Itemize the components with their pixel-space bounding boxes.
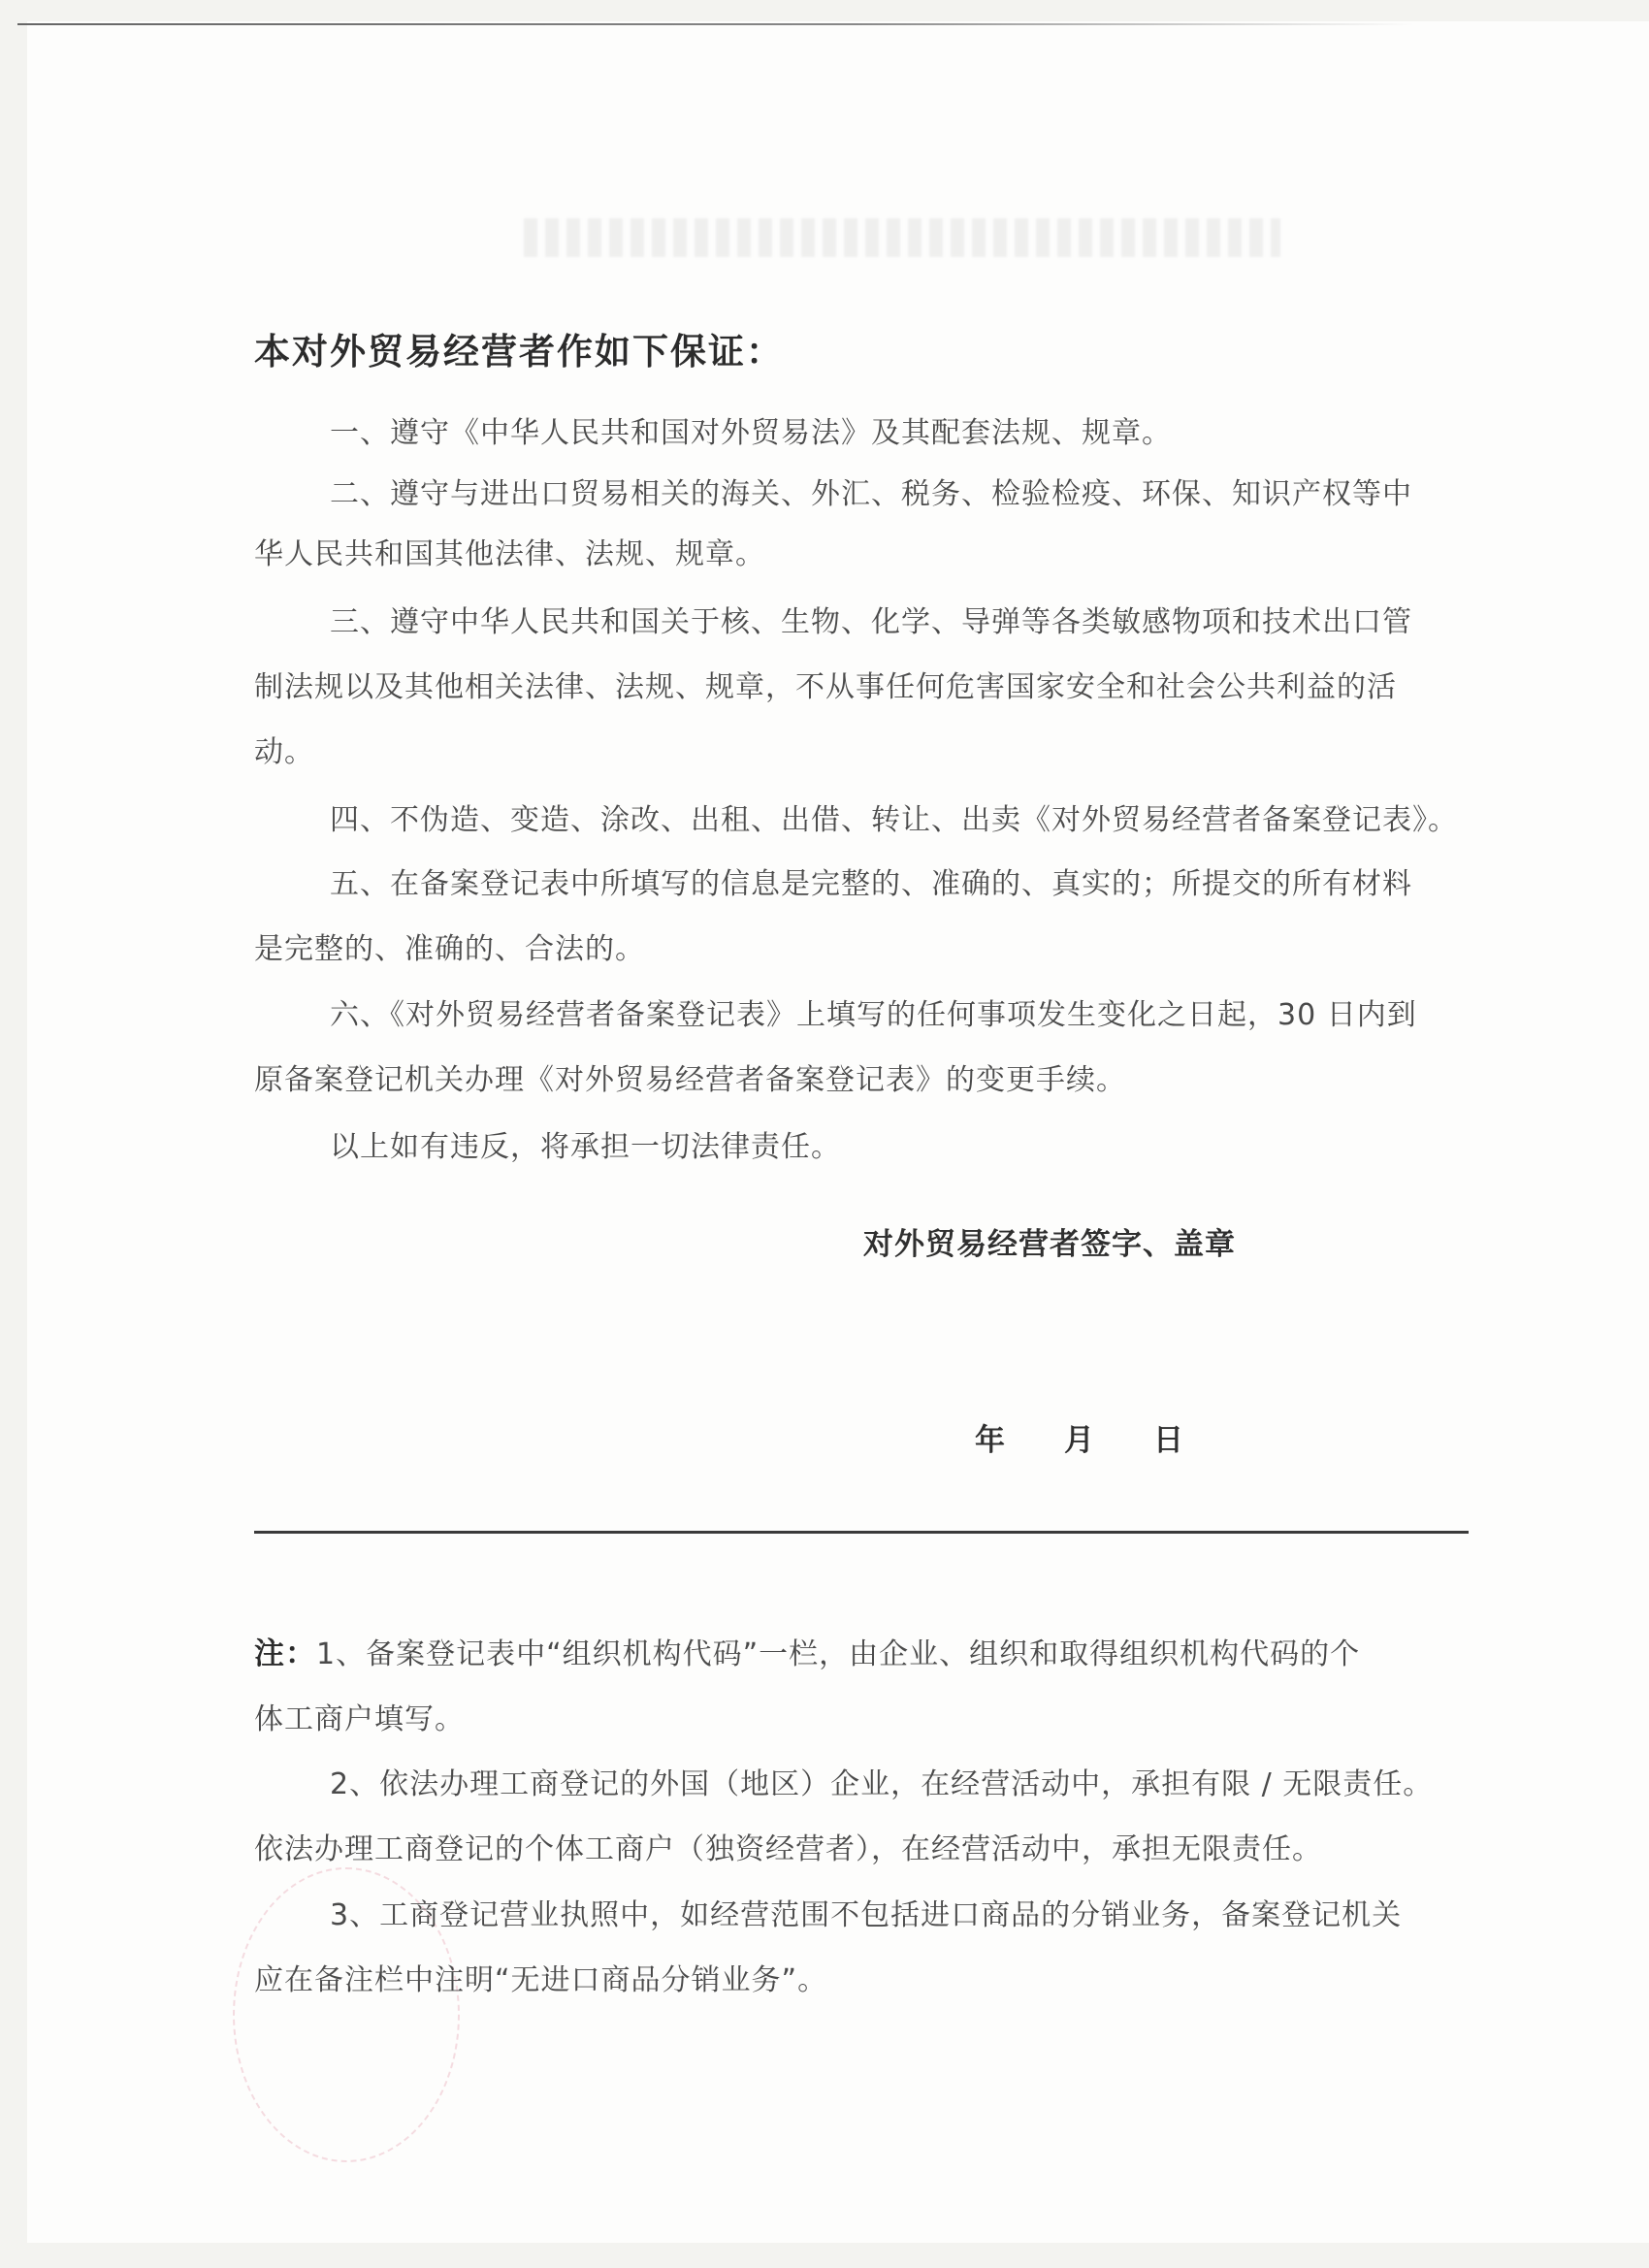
note-3-line-2: 应在备注栏中注明“无进口商品分销业务”。 — [254, 1966, 827, 1995]
signature-label: 对外贸易经营者签字、盖章 — [863, 1230, 1236, 1260]
clause-2-line-2: 华人民共和国其他法律、法规、规章。 — [254, 540, 765, 569]
clause-6-line-2: 原备案登记机关办理《对外贸易经营者备案登记表》的变更手续。 — [254, 1066, 1126, 1095]
clause-3-line-3: 动。 — [254, 738, 314, 767]
clause-6-line-1: 六、《对外贸易经营者备案登记表》上填写的任何事项发生变化之日起，30 日内到 — [330, 1001, 1417, 1030]
clause-5-line-1: 五、在备案登记表中所填写的信息是完整的、准确的、真实的；所提交的所有材料 — [330, 870, 1412, 899]
date-month-label: 月 — [1064, 1426, 1095, 1456]
date-line: 年月日 — [975, 1426, 1243, 1456]
page-top-edge — [17, 23, 1414, 25]
divider — [254, 1531, 1469, 1534]
clause-4-line-1: 四、不伪造、变造、涂改、出租、出借、转让、出卖《对外贸易经营者备案登记表》。 — [330, 806, 1458, 835]
note-2-line-2: 依法办理工商登记的个体工商户（独资经营者），在经营活动中，承担无限责任。 — [254, 1835, 1322, 1864]
show-through-artifact — [524, 218, 1280, 257]
date-year-label: 年 — [975, 1426, 1006, 1456]
notes-heading: 注： — [254, 1636, 316, 1671]
note-1-line-2: 体工商户填写。 — [254, 1705, 465, 1734]
clause-3-line-2: 制法规以及其他相关法律、法规、规章，不从事任何危害国家安全和社会公共利益的活 — [254, 673, 1397, 702]
clause-2-line-1: 二、遵守与进出口贸易相关的海关、外汇、税务、检验检疫、环保、知识产权等中 — [330, 480, 1412, 509]
clause-3-line-1: 三、遵守中华人民共和国关于核、生物、化学、导弹等各类敏感物项和技术出口管 — [330, 608, 1412, 637]
date-day-label: 日 — [1153, 1426, 1184, 1456]
closing-statement: 以上如有违反，将承担一切法律责任。 — [330, 1133, 841, 1162]
clause-1-line-1: 一、遵守《中华人民共和国对外贸易法》及其配套法规、规章。 — [330, 419, 1172, 448]
clause-5-line-2: 是完整的、准确的、合法的。 — [254, 935, 645, 964]
note-1-text: 1、备案登记表中“组织机构代码”一栏，由企业、组织和取得组织机构代码的个 — [316, 1637, 1360, 1671]
note-2-line-1: 2、依法办理工商登记的外国（地区）企业，在经营活动中，承担有限 / 无限责任。 — [330, 1770, 1433, 1799]
note-1-line-1: 注：1、备案登记表中“组织机构代码”一栏，由企业、组织和取得组织机构代码的个 — [254, 1639, 1360, 1669]
page-title: 本对外贸易经营者作如下保证： — [254, 322, 784, 374]
note-3-line-1: 3、工商登记营业执照中，如经营范围不包括进口商品的分销业务，备案登记机关 — [330, 1901, 1402, 1930]
